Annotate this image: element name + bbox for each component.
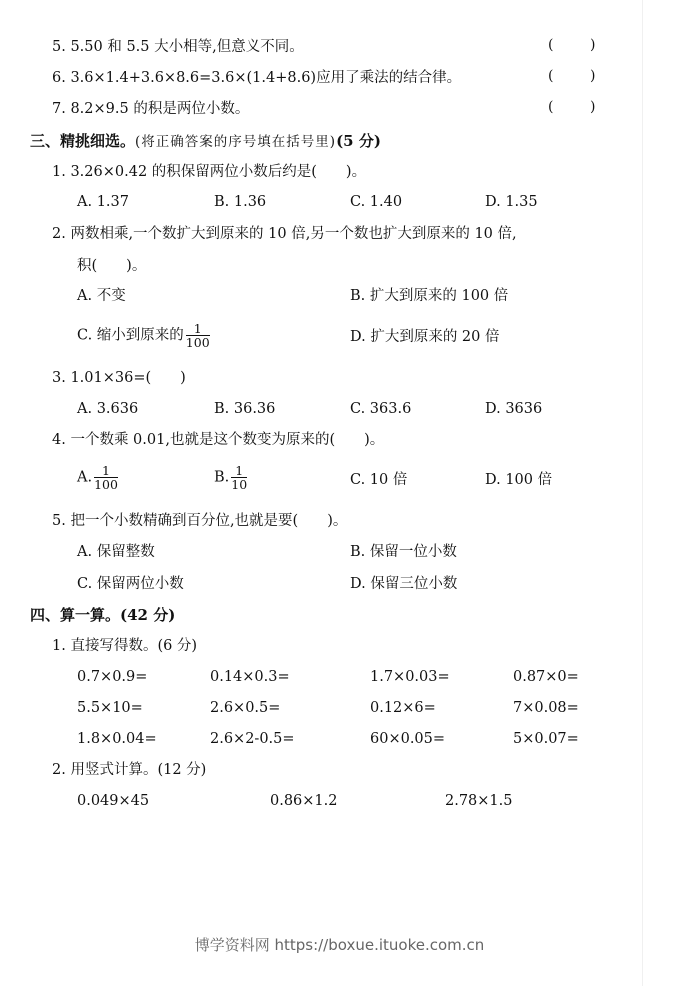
calc-item: 60×0.05= [370, 729, 445, 749]
answer-paren-open[interactable]: ( [548, 37, 553, 53]
fraction: 1100 [94, 464, 118, 491]
calc-item: 2.6×2-0.5= [210, 729, 295, 749]
option-c[interactable]: C. 363.6 [350, 399, 411, 419]
fraction-denominator: 10 [231, 478, 247, 491]
watermark: 博学资料网 https://boxue.ituoke.com.cn [0, 934, 679, 955]
option-b-text: B. [214, 470, 229, 486]
fraction-numerator: 1 [231, 464, 247, 478]
option-b[interactable]: B. 扩大到原来的 100 倍 [350, 286, 508, 306]
option-d[interactable]: D. 100 倍 [485, 470, 552, 490]
calc-item: 2.6×0.5= [210, 698, 280, 718]
option-a-text: A. [77, 470, 92, 486]
calc-item: 0.87×0= [513, 667, 579, 687]
answer-paren-open[interactable]: ( [548, 99, 553, 115]
calc-item: 7×0.08= [513, 698, 579, 718]
vertical-calc-item: 2.78×1.5 [445, 791, 513, 811]
answer-paren-open[interactable]: ( [548, 68, 553, 84]
option-d[interactable]: D. 保留三位小数 [350, 574, 457, 594]
judgement-item-7: 7. 8.2×9.5 的积是两位小数。 [52, 99, 249, 119]
section-3-note: (将正确答案的序号填在括号里) [135, 134, 336, 150]
calc-item: 5.5×10= [77, 698, 143, 718]
fraction-denominator: 100 [186, 336, 210, 349]
calc-item: 0.12×6= [370, 698, 436, 718]
question-2-stem-cont: 积( )。 [77, 256, 146, 276]
option-b[interactable]: B. 1.36 [214, 192, 266, 212]
answer-paren-close[interactable]: ) [590, 68, 595, 84]
judgement-item-6: 6. 3.6×1.4+3.6×8.6=3.6×(1.4+8.6)应用了乘法的结合… [52, 68, 461, 88]
option-b[interactable]: B. 36.36 [214, 399, 275, 419]
option-a[interactable]: A. 保留整数 [77, 542, 155, 562]
section-4-heading: 四、算一算。(42 分) [30, 605, 175, 625]
vertical-calc-item: 0.86×1.2 [270, 791, 338, 811]
option-c[interactable]: C. 缩小到原来的1100 [77, 322, 210, 349]
page-edge [642, 0, 643, 986]
fraction-numerator: 1 [186, 322, 210, 336]
calc-item: 0.14×0.3= [210, 667, 290, 687]
section-3-heading: 三、精挑细选。(将正确答案的序号填在括号里)(5 分) [30, 131, 381, 152]
option-c-text: C. 缩小到原来的 [77, 328, 184, 344]
section-3-title: 三、精挑细选。 [30, 132, 135, 150]
judgement-item-5: 5. 5.50 和 5.5 大小相等,但意义不同。 [52, 37, 304, 57]
option-b[interactable]: B. 保留一位小数 [350, 542, 457, 562]
option-a[interactable]: A. 1.37 [77, 192, 129, 212]
option-a[interactable]: A.1100 [77, 464, 118, 491]
option-d[interactable]: D. 1.35 [485, 192, 538, 212]
fraction: 1100 [186, 322, 210, 349]
section-4-score: (42 分) [120, 606, 175, 624]
option-c[interactable]: C. 保留两位小数 [77, 574, 184, 594]
option-a[interactable]: A. 不变 [77, 286, 126, 306]
option-d[interactable]: D. 3636 [485, 399, 542, 419]
section-3-score: (5 分) [336, 132, 381, 150]
answer-paren-close[interactable]: ) [590, 99, 595, 115]
question-1-stem: 1. 3.26×0.42 的积保留两位小数后约是( )。 [52, 162, 366, 182]
part-1-title: 1. 直接写得数。(6 分) [52, 636, 197, 656]
question-5-stem: 5. 把一个小数精确到百分位,也就是要( )。 [52, 511, 347, 531]
fraction-numerator: 1 [94, 464, 118, 478]
calc-item: 0.7×0.9= [77, 667, 147, 687]
question-4-stem: 4. 一个数乘 0.01,也就是这个数变为原来的( )。 [52, 430, 384, 450]
answer-paren-close[interactable]: ) [590, 37, 595, 53]
fraction: 110 [231, 464, 247, 491]
calc-item: 1.7×0.03= [370, 667, 450, 687]
vertical-calc-item: 0.049×45 [77, 791, 149, 811]
part-2-title: 2. 用竖式计算。(12 分) [52, 760, 206, 780]
option-a[interactable]: A. 3.636 [77, 399, 138, 419]
question-3-stem: 3. 1.01×36=( ) [52, 368, 186, 388]
option-b[interactable]: B.110 [214, 464, 247, 491]
question-2-stem: 2. 两数相乘,一个数扩大到原来的 10 倍,另一个数也扩大到原来的 10 倍, [52, 224, 517, 244]
fraction-denominator: 100 [94, 478, 118, 491]
option-c[interactable]: C. 1.40 [350, 192, 402, 212]
option-d[interactable]: D. 扩大到原来的 20 倍 [350, 327, 500, 347]
option-c[interactable]: C. 10 倍 [350, 470, 407, 490]
section-4-title: 四、算一算。 [30, 606, 120, 624]
calc-item: 5×0.07= [513, 729, 579, 749]
calc-item: 1.8×0.04= [77, 729, 157, 749]
